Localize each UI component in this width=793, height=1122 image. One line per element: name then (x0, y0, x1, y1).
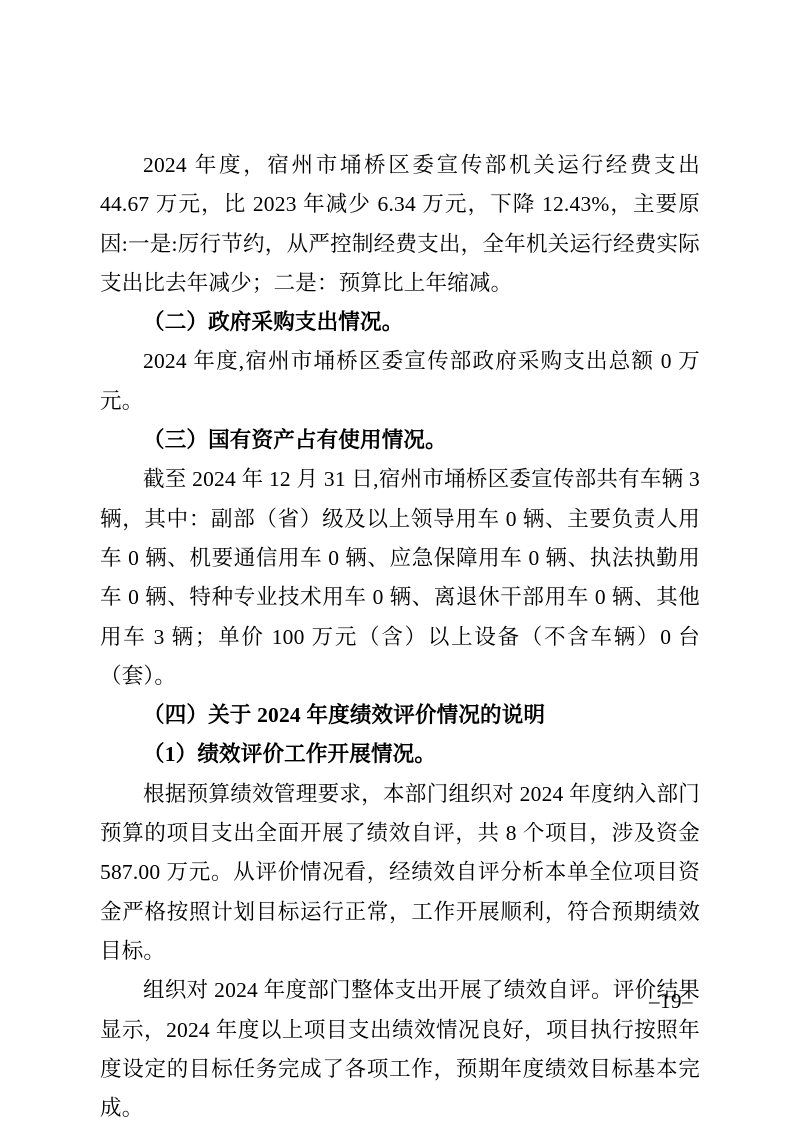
paragraph-vehicles-and-equipment: 截至 2024 年 12 月 31 日,宿州市埇桥区委宣传部共有车辆 3 辆，其… (100, 460, 700, 696)
heading-state-owned-assets: （三）国有资产占有使用情况。 (100, 421, 700, 460)
page-number: –19– (649, 991, 693, 1012)
paragraph-government-procurement-total: 2024 年度,宿州市埇桥区委宣传部政府采购支出总额 0 万元。 (100, 342, 700, 421)
heading-performance-evaluation-2024: （四）关于 2024 年度绩效评价情况的说明 (100, 696, 700, 735)
document-body: 2024 年度，宿州市埇桥区委宣传部机关运行经费支出 44.67 万元，比 20… (100, 146, 700, 1122)
heading-performance-evaluation-work: （1）绩效评价工作开展情况。 (100, 735, 700, 774)
paragraph-overall-expenditure-evaluation: 组织对 2024 年度部门整体支出开展了绩效自评。评价结果显示，2024 年度以… (100, 971, 700, 1122)
document-page: 2024 年度，宿州市埇桥区委宣传部机关运行经费支出 44.67 万元，比 20… (0, 0, 793, 1122)
heading-government-procurement: （二）政府采购支出情况。 (100, 303, 700, 342)
paragraph-project-self-evaluation: 根据预算绩效管理要求，本部门组织对 2024 年度纳入部门预算的项目支出全面开展… (100, 775, 700, 971)
paragraph-agency-operating-costs: 2024 年度，宿州市埇桥区委宣传部机关运行经费支出 44.67 万元，比 20… (100, 146, 700, 303)
